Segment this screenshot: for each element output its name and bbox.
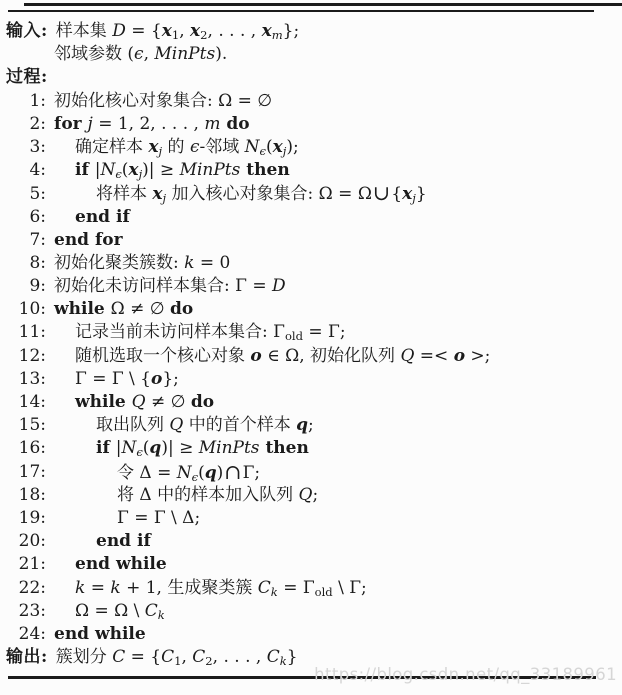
text-run: 令 Δ = bbox=[117, 462, 177, 482]
text-run: x bbox=[128, 160, 138, 180]
text-run: )| ≥ bbox=[161, 438, 198, 458]
line-number: 23: bbox=[6, 600, 46, 623]
text-run: = bbox=[85, 578, 110, 598]
algorithm-line: 7:end for bbox=[6, 229, 618, 252]
text-run: end if bbox=[96, 531, 151, 551]
text-run: ). bbox=[215, 44, 227, 64]
line-number: 4: bbox=[6, 159, 46, 182]
line-number: 18: bbox=[6, 484, 46, 507]
line-content: while Ω ≠ ∅ do bbox=[54, 298, 193, 321]
line-number: 8: bbox=[6, 252, 46, 275]
text-run: k bbox=[158, 608, 165, 622]
text-run: D bbox=[112, 21, 126, 41]
line-number: 16: bbox=[6, 437, 46, 460]
line-content: 初始化未访问样本集合: Γ = D bbox=[54, 275, 286, 298]
text-run: Γ; bbox=[243, 462, 261, 482]
algorithm-line: 20:end if bbox=[6, 530, 618, 553]
text-run: ; bbox=[312, 485, 318, 505]
text-run: 确定样本 bbox=[75, 137, 148, 157]
text-run: k bbox=[110, 578, 120, 598]
text-run: C bbox=[145, 601, 158, 621]
text-run: 随机选取一个核心对象 bbox=[75, 346, 250, 366]
text-run: x bbox=[262, 21, 272, 41]
algorithm-line: 15:取出队列 Q 中的首个样本 q; bbox=[6, 414, 618, 437]
io-label: 输入: bbox=[6, 20, 48, 43]
line-number: 17: bbox=[6, 461, 46, 484]
text-run: ∪ bbox=[373, 181, 390, 205]
text-run: m bbox=[204, 114, 220, 134]
text-run: do bbox=[191, 392, 214, 412]
text-run: N bbox=[177, 462, 192, 482]
line-number: 3: bbox=[6, 136, 46, 159]
line-number: 6: bbox=[6, 206, 46, 229]
text-run: , bbox=[179, 21, 190, 41]
text-run: old bbox=[285, 330, 303, 344]
top-rule-thin bbox=[8, 10, 594, 12]
text-run: ( bbox=[198, 462, 205, 482]
text-run: = 0 bbox=[194, 253, 230, 273]
text-run: 样本集 bbox=[56, 21, 112, 41]
text-run: 记录当前未访问样本集合: Γ bbox=[75, 322, 285, 342]
line-content: end for bbox=[54, 229, 123, 252]
text-run: = Γ; bbox=[303, 322, 346, 342]
text-run: o bbox=[454, 346, 465, 366]
text-run: q bbox=[296, 415, 308, 435]
text-run: 将样本 bbox=[96, 184, 152, 204]
line-number: 7: bbox=[6, 229, 46, 252]
text-run: 将 Δ 中的样本加入队列 bbox=[117, 485, 299, 505]
line-content: 初始化聚类簇数: k = 0 bbox=[54, 252, 230, 275]
text-run: }; bbox=[162, 369, 179, 389]
line-number: 5: bbox=[6, 183, 46, 206]
algorithm-line: 9:初始化未访问样本集合: Γ = D bbox=[6, 275, 618, 298]
text-run: k bbox=[75, 578, 85, 598]
line-number: 19: bbox=[6, 507, 46, 530]
text-run: k bbox=[184, 253, 194, 273]
text-run: do bbox=[220, 114, 249, 134]
algorithm-line: 17:令 Δ = Nϵ(q)∩Γ; bbox=[6, 461, 618, 484]
text-run: 初始化核心对象集合: Ω = ∅ bbox=[54, 91, 272, 111]
line-number: 20: bbox=[6, 530, 46, 553]
line-number: 12: bbox=[6, 345, 46, 368]
text-run: ); bbox=[286, 137, 298, 157]
algorithm-line: 14:while Q ≠ ∅ do bbox=[6, 391, 618, 414]
text-run: then bbox=[240, 160, 289, 180]
text-run: 2 bbox=[205, 654, 212, 668]
text-run: Γ = Γ \ { bbox=[75, 369, 151, 389]
text-run: Q bbox=[132, 392, 146, 412]
line-content: 邻域参数 (ϵ, MinPts). bbox=[54, 43, 227, 66]
line-content: for j = 1, 2, . . . , m do bbox=[54, 113, 250, 136]
text-run: end while bbox=[75, 554, 167, 574]
text-run: Γ = Γ \ Δ; bbox=[117, 508, 200, 528]
line-number: 22: bbox=[6, 577, 46, 600]
text-run: MinPts bbox=[180, 160, 241, 180]
text-run: ; bbox=[308, 415, 314, 435]
text-run: q bbox=[149, 438, 161, 458]
text-run: x bbox=[402, 184, 412, 204]
text-run: C bbox=[258, 578, 271, 598]
text-run: >; bbox=[465, 346, 490, 366]
text-run: , . . . , bbox=[213, 647, 267, 667]
text-run: ϵ bbox=[134, 44, 144, 64]
text-run: Ω ≠ ∅ bbox=[111, 299, 170, 319]
text-run: ∩ bbox=[224, 460, 241, 484]
text-run: , . . . , bbox=[208, 21, 262, 41]
algorithm-line: 1:初始化核心对象集合: Ω = ∅ bbox=[6, 90, 618, 113]
text-run: 2 bbox=[200, 28, 207, 42]
text-run: MinPts bbox=[199, 438, 260, 458]
text-run: } bbox=[416, 184, 427, 204]
text-run: x bbox=[148, 137, 158, 157]
text-run: N bbox=[121, 438, 136, 458]
text-run: } bbox=[287, 647, 298, 667]
text-run: q bbox=[205, 462, 217, 482]
text-run: o bbox=[151, 369, 162, 389]
text-run: ) bbox=[217, 462, 224, 482]
text-run: k bbox=[271, 585, 278, 599]
text-run: , bbox=[144, 44, 155, 64]
text-run: end if bbox=[75, 207, 130, 227]
text-run: for bbox=[54, 114, 88, 134]
text-run: -邻域 bbox=[199, 137, 244, 157]
algorithm-line: 4:if |Nϵ(xj)| ≥ MinPts then bbox=[6, 159, 618, 182]
line-content: end while bbox=[54, 623, 146, 646]
text-run: 簇划分 bbox=[56, 647, 112, 667]
algorithm-line: 18:将 Δ 中的样本加入队列 Q; bbox=[6, 484, 618, 507]
line-number: 10: bbox=[6, 298, 46, 321]
text-run: C bbox=[267, 647, 280, 667]
line-content: while Q ≠ ∅ do bbox=[54, 391, 214, 414]
algorithm-line: 21:end while bbox=[6, 553, 618, 576]
line-number: 1: bbox=[6, 90, 46, 113]
line-content: Γ = Γ \ {o}; bbox=[54, 368, 179, 391]
algorithm-line: 过程: bbox=[6, 66, 618, 89]
text-run: = { bbox=[125, 647, 161, 667]
text-run: x bbox=[152, 184, 162, 204]
algorithm-line: 24:end while bbox=[6, 623, 618, 646]
text-run: Ω = Ω \ bbox=[75, 601, 145, 621]
text-run: old bbox=[315, 585, 333, 599]
text-run: 加入核心对象集合: Ω = Ω bbox=[166, 184, 372, 204]
line-content: end if bbox=[54, 206, 130, 229]
text-run: = 1, 2, . . . , bbox=[93, 114, 205, 134]
algorithm-line: 输入:样本集 D = {x1, x2, . . . , xm}; bbox=[6, 20, 618, 43]
text-run: m bbox=[272, 28, 283, 42]
text-run: = Γ bbox=[278, 578, 315, 598]
text-run: then bbox=[260, 438, 309, 458]
text-run: Q bbox=[299, 485, 313, 505]
text-run: ∈ Ω, 初始化队列 bbox=[262, 346, 401, 366]
algorithm-line: 11:记录当前未访问样本集合: Γold = Γ; bbox=[6, 321, 618, 344]
algorithm-body: 输入:样本集 D = {x1, x2, . . . , xm};邻域参数 (ϵ,… bbox=[6, 20, 618, 669]
text-run: 的 bbox=[162, 137, 190, 157]
line-content: Γ = Γ \ Δ; bbox=[54, 507, 200, 530]
text-run: C bbox=[161, 647, 174, 667]
text-run: o bbox=[250, 346, 261, 366]
text-run: 取出队列 bbox=[96, 415, 169, 435]
text-run: + 1, 生成聚类簇 bbox=[121, 578, 258, 598]
algorithm-line: 12:随机选取一个核心对象 o ∈ Ω, 初始化队列 Q =< o >; bbox=[6, 345, 618, 368]
text-run: C bbox=[192, 647, 205, 667]
io-label: 过程: bbox=[6, 66, 48, 89]
algorithm-figure: 输入:样本集 D = {x1, x2, . . . , xm};邻域参数 (ϵ,… bbox=[0, 0, 622, 695]
line-number: 2: bbox=[6, 113, 46, 136]
algorithm-line: 3:确定样本 xj 的 ϵ-邻域 Nϵ(xj); bbox=[6, 136, 618, 159]
algorithm-line: 5:将样本 xj 加入核心对象集合: Ω = Ω∪{xj} bbox=[6, 182, 618, 205]
text-run: , bbox=[181, 647, 192, 667]
text-run: N bbox=[245, 137, 260, 157]
text-run: = { bbox=[126, 21, 162, 41]
text-run: Q bbox=[400, 346, 414, 366]
algorithm-line: 22:k = k + 1, 生成聚类簇 Ck = Γold \ Γ; bbox=[6, 577, 618, 600]
text-run: D bbox=[272, 276, 286, 296]
text-run: do bbox=[170, 299, 193, 319]
text-run: 邻域参数 ( bbox=[54, 44, 134, 64]
algorithm-line: 16:if |Nϵ(q)| ≥ MinPts then bbox=[6, 437, 618, 460]
text-run: while bbox=[54, 299, 111, 319]
text-run: end for bbox=[54, 230, 123, 250]
algorithm-line: 19:Γ = Γ \ Δ; bbox=[6, 507, 618, 530]
line-number: 11: bbox=[6, 321, 46, 344]
text-run: )| ≥ bbox=[142, 160, 179, 180]
line-number: 9: bbox=[6, 275, 46, 298]
text-run: if bbox=[75, 160, 95, 180]
line-content: 初始化核心对象集合: Ω = ∅ bbox=[54, 90, 272, 113]
watermark-text: https://blog.csdn.net/qq_33189961 bbox=[314, 665, 617, 684]
text-run: 初始化未访问样本集合: Γ = bbox=[54, 276, 272, 296]
algorithm-line: 8:初始化聚类簇数: k = 0 bbox=[6, 252, 618, 275]
line-number: 14: bbox=[6, 391, 46, 414]
text-run: 初始化聚类簇数: bbox=[54, 253, 184, 273]
text-run: }; bbox=[283, 21, 300, 41]
text-run: ( bbox=[266, 137, 273, 157]
text-run: x bbox=[190, 21, 200, 41]
text-run: { bbox=[391, 184, 402, 204]
line-content: 取出队列 Q 中的首个样本 q; bbox=[54, 414, 314, 437]
algorithm-line: 邻域参数 (ϵ, MinPts). bbox=[6, 43, 618, 66]
line-content: 将 Δ 中的样本加入队列 Q; bbox=[54, 484, 318, 507]
line-content: 随机选取一个核心对象 o ∈ Ω, 初始化队列 Q =< o >; bbox=[54, 345, 490, 368]
text-run: Q bbox=[169, 415, 183, 435]
io-label: 输出: bbox=[6, 646, 48, 669]
text-run: C bbox=[112, 647, 125, 667]
line-number: 15: bbox=[6, 414, 46, 437]
text-run: MinPts bbox=[154, 44, 215, 64]
text-run: if bbox=[96, 438, 116, 458]
text-run: N bbox=[100, 160, 115, 180]
text-run: x bbox=[162, 21, 172, 41]
algorithm-line: 2:for j = 1, 2, . . . , m do bbox=[6, 113, 618, 136]
text-run: \ Γ; bbox=[333, 578, 367, 598]
algorithm-line: 10:while Ω ≠ ∅ do bbox=[6, 298, 618, 321]
line-number: 21: bbox=[6, 553, 46, 576]
top-rule-thick bbox=[24, 3, 622, 6]
line-content: end while bbox=[54, 553, 167, 576]
line-number: 13: bbox=[6, 368, 46, 391]
text-run: end while bbox=[54, 624, 146, 644]
line-content: end if bbox=[54, 530, 151, 553]
line-content: 簇划分 C = {C1, C2, . . . , Ck} bbox=[56, 646, 298, 673]
text-run: 中的首个样本 bbox=[183, 415, 296, 435]
text-run: ≠ ∅ bbox=[146, 392, 191, 412]
text-run: x bbox=[273, 137, 283, 157]
text-run: while bbox=[75, 392, 132, 412]
algorithm-line: 13:Γ = Γ \ {o}; bbox=[6, 368, 618, 391]
line-number: 24: bbox=[6, 623, 46, 646]
text-run: =< bbox=[414, 346, 453, 366]
text-run: k bbox=[280, 654, 287, 668]
